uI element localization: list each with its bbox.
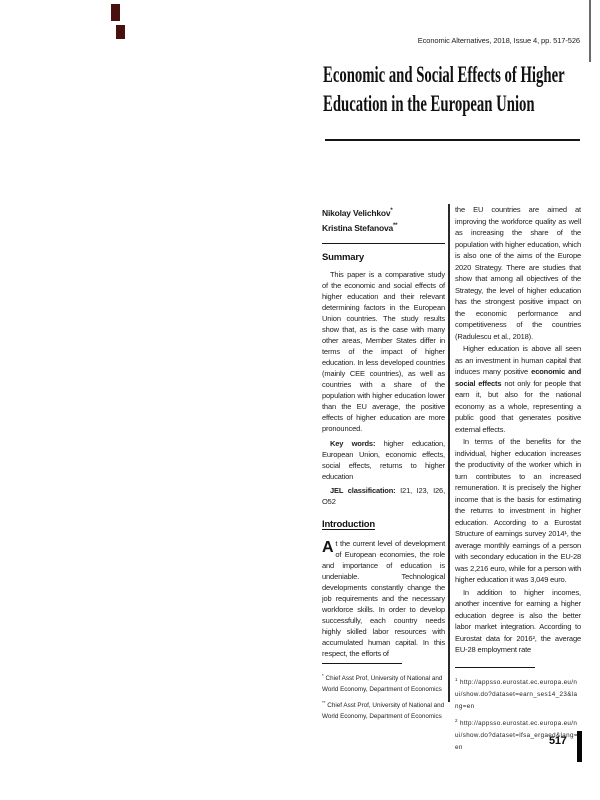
footnote: * Chief Asst Prof, University of Nationa… xyxy=(322,670,445,695)
author-footnotes: * Chief Asst Prof, University of Nationa… xyxy=(322,663,445,724)
page-number: 517 xyxy=(549,735,566,747)
paper-page: Economic Alternatives, 2018, Issue 4, pp… xyxy=(0,0,600,800)
column-divider-rule xyxy=(448,204,450,702)
footnote-text: Chief Asst Prof, University of National … xyxy=(322,702,444,720)
journal-citation: Economic Alternatives, 2018, Issue 4, pp… xyxy=(418,36,580,45)
body-paragraph: the EU countries are aimed at improving … xyxy=(455,204,581,342)
article-title-line1: Economic and Social Effects of Higher xyxy=(323,60,565,89)
authors-block: Nikolay Velichkov* Kristina Stefanova** xyxy=(322,205,445,235)
footnote-marker: 1 xyxy=(455,677,458,682)
footnote-divider-rule xyxy=(322,663,402,664)
authors-divider-rule xyxy=(322,243,445,245)
author-affiliation-marker: * xyxy=(390,208,392,214)
body-paragraph: In terms of the benefits for the individ… xyxy=(455,436,581,586)
footnote-marker: 2 xyxy=(455,718,458,723)
author-name: Nikolay Velichkov* xyxy=(322,205,445,220)
author-name: Kristina Stefanova** xyxy=(322,220,445,235)
introduction-heading: Introduction xyxy=(322,519,375,530)
footnote-marker: ** xyxy=(322,700,326,705)
author-affiliation-marker: ** xyxy=(393,223,397,229)
right-column: the EU countries are aimed at improving … xyxy=(455,204,581,656)
introduction-text: t the current level of development of Eu… xyxy=(322,539,445,658)
body-paragraph: Higher education is above all seen as an… xyxy=(455,343,581,435)
keywords-label: Key words: xyxy=(330,439,375,448)
page-number-bar xyxy=(577,731,582,762)
footnote: 1 http://appsso.eurostat.ec.europa.eu/nu… xyxy=(455,674,581,713)
author-name-text: Kristina Stefanova xyxy=(322,223,393,233)
footnote-marker: * xyxy=(322,673,324,678)
summary-heading: Summary xyxy=(322,252,445,263)
article-title-line2: Education in the European Union xyxy=(323,89,565,118)
summary-paragraph: This paper is a comparative study of the… xyxy=(322,269,445,434)
author-name-text: Nikolay Velichkov xyxy=(322,208,390,218)
keywords-paragraph: Key words: higher education, European Un… xyxy=(322,438,445,482)
footnote-text: Chief Asst Prof, University of National … xyxy=(322,675,442,693)
footnote: ** Chief Asst Prof, University of Nation… xyxy=(322,697,445,722)
jel-classification-line: JEL classification: I21, I23, I26, O52 xyxy=(322,485,445,507)
footnote-divider-rule xyxy=(455,667,535,668)
jel-label: JEL classification: xyxy=(330,486,396,495)
left-column: Nikolay Velichkov* Kristina Stefanova** … xyxy=(322,205,445,659)
body-paragraph: In addition to higher incomes, another i… xyxy=(455,587,581,656)
introduction-paragraph: At the current level of development of E… xyxy=(322,538,445,659)
print-registration-mark xyxy=(111,4,120,21)
scan-edge-line xyxy=(589,0,591,62)
title-divider-rule xyxy=(325,139,580,141)
drop-cap: A xyxy=(322,538,335,556)
print-registration-mark xyxy=(116,25,125,39)
footnote-url: http://appsso.eurostat.ec.europa.eu/nui/… xyxy=(455,679,577,710)
article-title: Economic and Social Effects of Higher Ed… xyxy=(323,60,565,118)
